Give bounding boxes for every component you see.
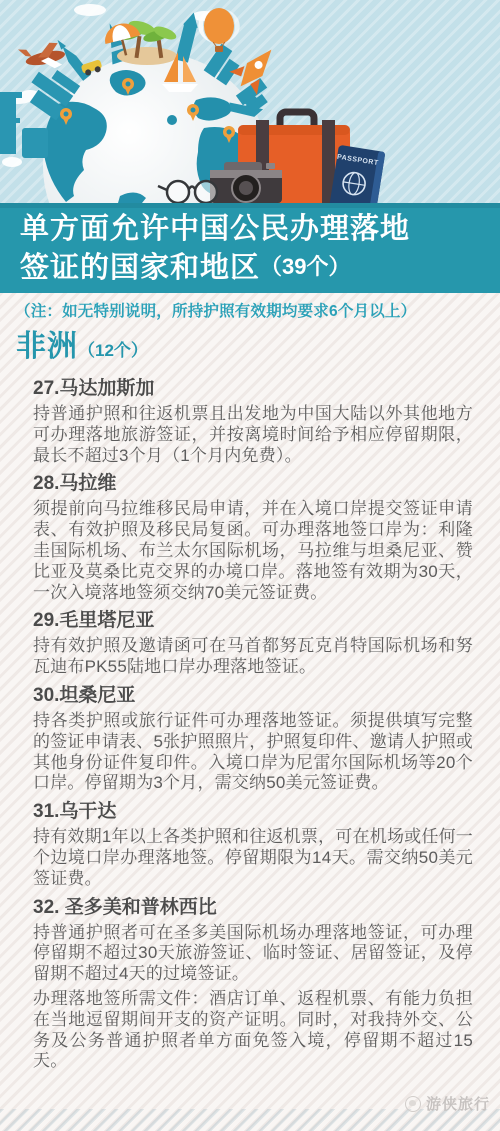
banner-title-line1: 单方面允许中国公民办理落地 [20, 211, 500, 248]
watermark: 游侠旅行 [405, 1093, 490, 1114]
title-banner: 单方面允许中国公民办理落地 签证的国家和地区 （39个） [0, 203, 500, 293]
entry-paragraph: 须提前向马拉维移民局申请，并在入境口岸提交签证申请表、有效护照及移民局复函。可办… [33, 499, 473, 603]
country-entry-heading: 32. 圣多美和普林西比 [33, 896, 473, 920]
country-entry-heading: 27.马达加斯加 [33, 377, 473, 401]
validity-note: （注：如无特别说明，所持护照有效期均要求6个月以上） [15, 299, 493, 321]
bridge-icon [22, 128, 48, 158]
country-entry-heading: 31.乌干达 [33, 800, 473, 824]
country-entry-body: 持普通护照者可在圣多美国际机场办理落地签证，可办理停留期不超过30天旅游签证、临… [33, 923, 473, 1073]
watermark-logo-icon [405, 1096, 421, 1112]
passport-icon: PASSPORT [329, 145, 385, 203]
entry-paragraph: 办理落地签所需文件：酒店订单、返程机票、有能力负担在当地逗留期间开支的资产证明。… [33, 989, 473, 1072]
entry-paragraph: 持普通护照者可在圣多美国际机场办理落地签证，可办理停留期不超过30天旅游签证、临… [33, 923, 473, 985]
country-entry-heading: 30.坦桑尼亚 [33, 684, 473, 708]
country-entry: 27.马达加斯加 持普通护照和往返机票且出发地为中国大陆以外其他地方可办理落地旅… [33, 377, 473, 466]
beach-icon [117, 47, 177, 65]
country-entry-body: 持有效期1年以上各类护照和往返机票，可在机场或任何一个边境口岸办理落地签。停留期… [33, 827, 473, 889]
banner-title-line2: 签证的国家和地区 （39个） [20, 248, 500, 287]
banner-country-count: （39个） [260, 248, 350, 287]
country-entry: 28.马拉维 须提前向马拉维移民局申请，并在入境口岸提交签证申请表、有效护照及移… [33, 472, 473, 603]
entry-paragraph: 持有效护照及邀请函可在马首都努瓦克肖特国际机场和努瓦迪布PK55陆地口岸办理落地… [33, 636, 473, 678]
country-entry-heading: 28.马拉维 [33, 472, 473, 496]
entries: 27.马达加斯加 持普通护照和往返机票且出发地为中国大陆以外其他地方可办理落地旅… [33, 372, 473, 1109]
region-header: 非洲 （12个） [16, 330, 148, 364]
entry-paragraph: 持普通护照和往返机票且出发地为中国大陆以外其他地方可办理落地旅游签证，并按离境时… [33, 404, 473, 466]
region-count: （12个） [78, 336, 148, 364]
watermark-label: 游侠旅行 [426, 1093, 490, 1114]
hero-illustration: PASSPORT [0, 0, 500, 203]
hot-air-balloon-icon [198, 8, 240, 52]
banner-title-line2-text: 签证的国家和地区 [20, 250, 260, 287]
region-name: 非洲 [16, 330, 78, 364]
visa-infographic-poster: PASSPORT 单 [0, 0, 500, 1131]
entry-paragraph: 持有效期1年以上各类护照和往返机票，可在机场或任何一个边境口岸办理落地签。停留期… [33, 827, 473, 889]
country-entry: 29.毛里塔尼亚 持有效护照及邀请函可在马首都努瓦克肖特国际机场和努瓦迪布PK5… [33, 609, 473, 678]
travel-collage-graphic: PASSPORT [0, 0, 500, 203]
country-entry-body: 持普通护照和往返机票且出发地为中国大陆以外其他地方可办理落地旅游签证，并按离境时… [33, 404, 473, 466]
country-entry-body: 持有效护照及邀请函可在马首都努瓦克肖特国际机场和努瓦迪布PK55陆地口岸办理落地… [33, 636, 473, 678]
country-entry-heading: 29.毛里塔尼亚 [33, 609, 473, 633]
country-entry: 30.坦桑尼亚 持各类护照或旅行证件可办理落地签证。须提供填写完整的签证申请表、… [33, 684, 473, 794]
country-entry: 31.乌干达 持有效期1年以上各类护照和往返机票，可在机场或任何一个边境口岸办理… [33, 800, 473, 889]
entry-paragraph: 持各类护照或旅行证件可办理落地签证。须提供填写完整的签证申请表、5张护照照片，护… [33, 711, 473, 794]
country-entry-body: 须提前向马拉维移民局申请，并在入境口岸提交签证申请表、有效护照及移民局复函。可办… [33, 499, 473, 603]
country-entry-body: 持各类护照或旅行证件可办理落地签证。须提供填写完整的签证申请表、5张护照照片，护… [33, 711, 473, 794]
country-entry: 32. 圣多美和普林西比 持普通护照者可在圣多美国际机场办理落地签证，可办理停留… [33, 896, 473, 1073]
